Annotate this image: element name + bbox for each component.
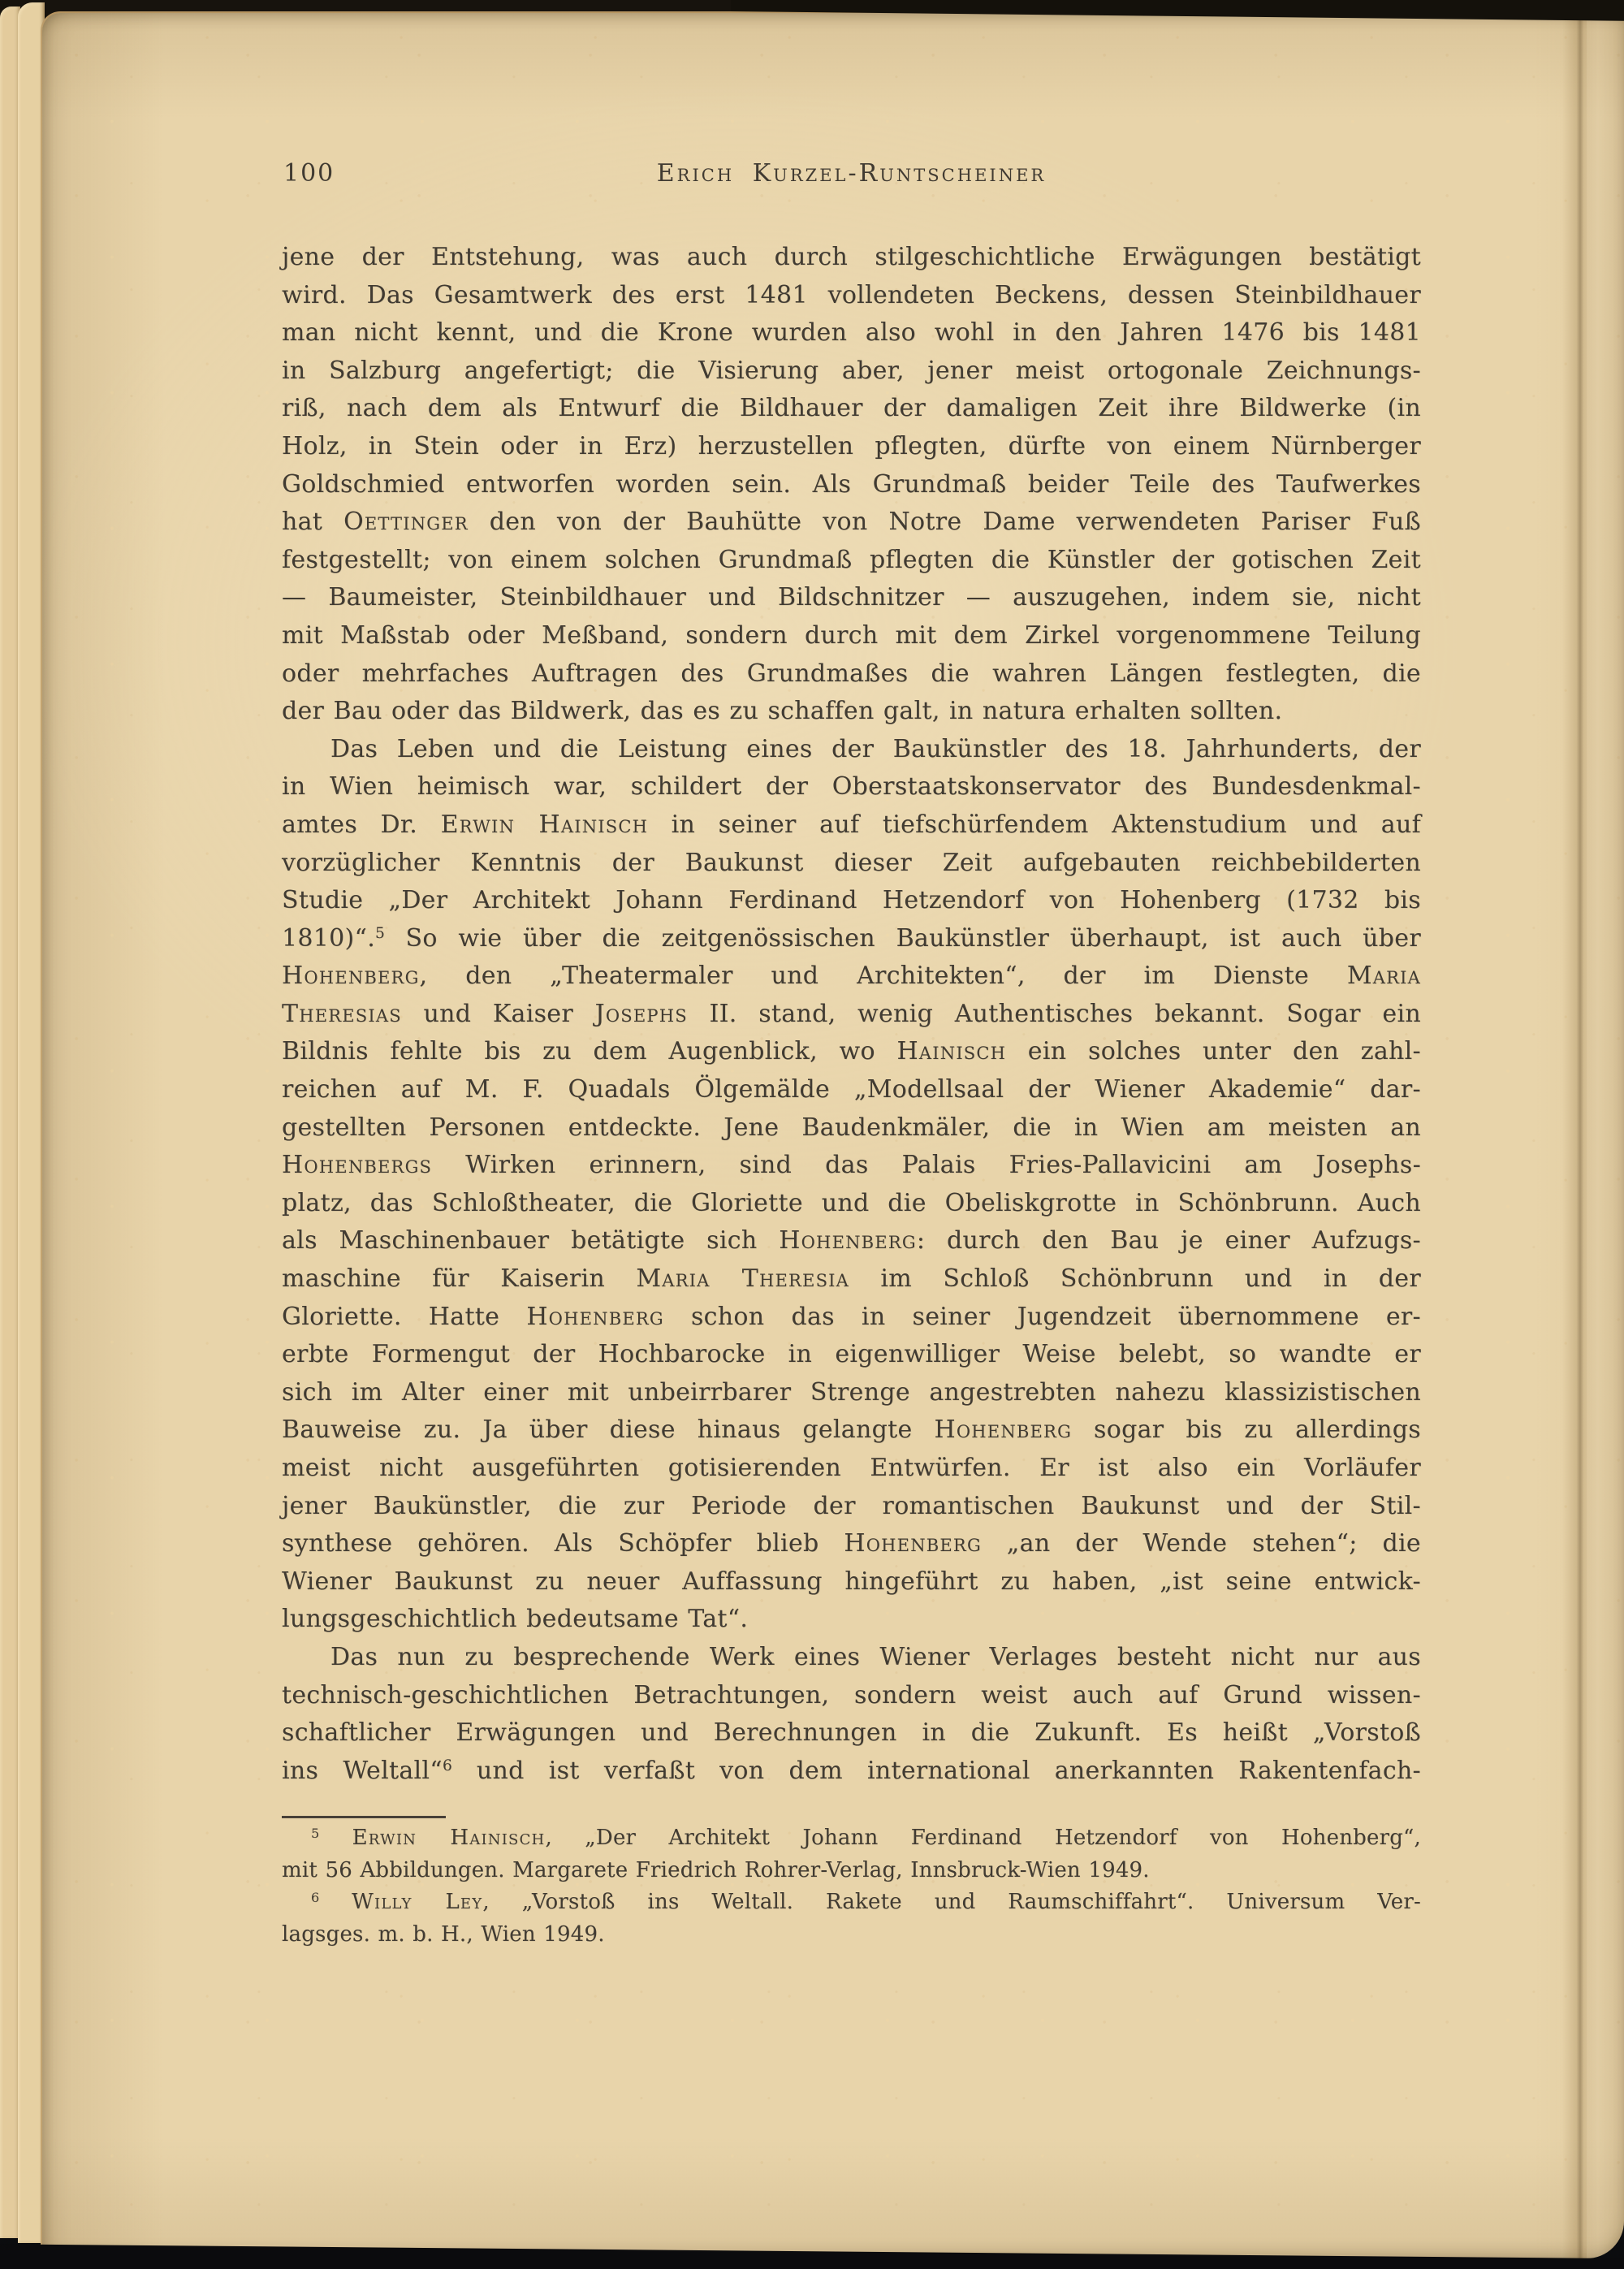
text-line: der Bau oder das Bildwerk, das es zu sch… [282, 693, 1421, 731]
text-line: gestellten Personen entdeckte. Jene Baud… [282, 1109, 1421, 1147]
text-line: Das nun zu besprechende Werk eines Wiene… [282, 1639, 1421, 1677]
text-line: platz, das Schloßtheater, die Gloriette … [282, 1185, 1421, 1223]
text-line: vorzüglicher Kenntnis der Baukunst diese… [282, 845, 1421, 883]
footnote-rule [282, 1816, 446, 1818]
text-line: Das Leben und die Leistung eines der Bau… [282, 731, 1421, 769]
page-header: 100 Erich Kurzel-Runtscheiner [282, 159, 1421, 193]
text-line: in Wien heimisch war, schildert der Ober… [282, 768, 1421, 806]
text-line: Hohenbergs Wirken erinnern, sind das Pal… [282, 1147, 1421, 1185]
text-line: technisch-geschichtlichen Betrachtungen,… [282, 1677, 1421, 1715]
text-line: synthese gehören. Als Schöpfer blieb Hoh… [282, 1525, 1421, 1563]
running-head: Erich Kurzel-Runtscheiner [282, 159, 1421, 188]
text-line: in Salzburg angefertigt; die Visierung a… [282, 352, 1421, 391]
text-line: lungsgeschichtlich bedeutsame Tat“. [282, 1601, 1421, 1639]
text-line: 5 Erwin Hainisch, „Der Architekt Johann … [282, 1822, 1421, 1855]
text-line: Gloriette. Hatte Hohenberg schon das in … [282, 1299, 1421, 1337]
paragraph: Das Leben und die Leistung eines der Bau… [282, 731, 1421, 1639]
text-line: 1810)“.5 So wie über die zeitgenössische… [282, 920, 1421, 958]
page-right-edge-shade [1587, 13, 1624, 2258]
text-line: oder mehrfaches Auftragen des Grundmaßes… [282, 655, 1421, 694]
text-line: hat Oettinger den von der Bauhütte von N… [282, 504, 1421, 542]
paragraph: jene der Entstehung, was auch durch stil… [282, 239, 1421, 731]
page-fold-crease [1562, 13, 1598, 2258]
text-line: Holz, in Stein oder in Erz) herzustellen… [282, 428, 1421, 466]
text-line: Studie „Der Architekt Johann Ferdinand H… [282, 882, 1421, 920]
text-line: Wiener Baukunst zu neuer Auffassung hing… [282, 1563, 1421, 1601]
text-line: schaftlicher Erwägungen und Berechnungen… [282, 1714, 1421, 1753]
text-line: lagsges. m. b. H., Wien 1949. [282, 1919, 1421, 1951]
body-text: jene der Entstehung, was auch durch stil… [282, 239, 1421, 1790]
text-line: 6 Willy Ley, „Vorstoß ins Weltall. Raket… [282, 1887, 1421, 1919]
footnotes: 5 Erwin Hainisch, „Der Architekt Johann … [282, 1822, 1421, 1951]
text-line: jene der Entstehung, was auch durch stil… [282, 239, 1421, 277]
scanned-page: 100 Erich Kurzel-Runtscheiner jene der E… [41, 11, 1624, 2258]
text-line: jener Baukünstler, die zur Periode der r… [282, 1488, 1421, 1526]
text-line: ins Weltall“6 und ist verfaßt von dem in… [282, 1753, 1421, 1791]
text-line: Bauweise zu. Ja über diese hinaus gelang… [282, 1411, 1421, 1450]
text-line: — Baumeister, Steinbildhauer und Bildsch… [282, 579, 1421, 617]
text-line: sich im Alter einer mit unbeirrbarer Str… [282, 1374, 1421, 1412]
text-line: festgestellt; von einem solchen Grundmaß… [282, 542, 1421, 580]
text-line: erbte Formengut der Hochbarocke in eigen… [282, 1336, 1421, 1374]
book-scan: 100 Erich Kurzel-Runtscheiner jene der E… [0, 0, 1624, 2269]
text-line: mit Maßstab oder Meßband, sondern durch … [282, 617, 1421, 655]
text-line: amtes Dr. Erwin Hainisch in seiner auf t… [282, 806, 1421, 845]
text-line: Goldschmied entworfen worden sein. Als G… [282, 466, 1421, 504]
text-line: als Maschinenbauer betätigte sich Hohenb… [282, 1222, 1421, 1260]
text-line: riß, nach dem als Entwurf die Bildhauer … [282, 390, 1421, 428]
text-line: man nicht kennt, und die Krone wurden al… [282, 314, 1421, 352]
text-line: Theresias und Kaiser Josephs II. stand, … [282, 996, 1421, 1034]
paragraph: Das nun zu besprechende Werk eines Wiene… [282, 1639, 1421, 1790]
text-line: Bildnis fehlte bis zu dem Augenblick, wo… [282, 1033, 1421, 1071]
text-line: meist nicht ausgeführten gotisierenden E… [282, 1450, 1421, 1488]
text-line: reichen auf M. F. Quadals Ölgemälde „Mod… [282, 1071, 1421, 1109]
text-line: maschine für Kaiserin Maria Theresia im … [282, 1260, 1421, 1299]
text-line: wird. Das Gesamtwerk des erst 1481 volle… [282, 277, 1421, 315]
text-line: Hohenberg, den „Theatermaler und Archite… [282, 957, 1421, 996]
text-line: mit 56 Abbildungen. Margarete Friedrich … [282, 1855, 1421, 1887]
